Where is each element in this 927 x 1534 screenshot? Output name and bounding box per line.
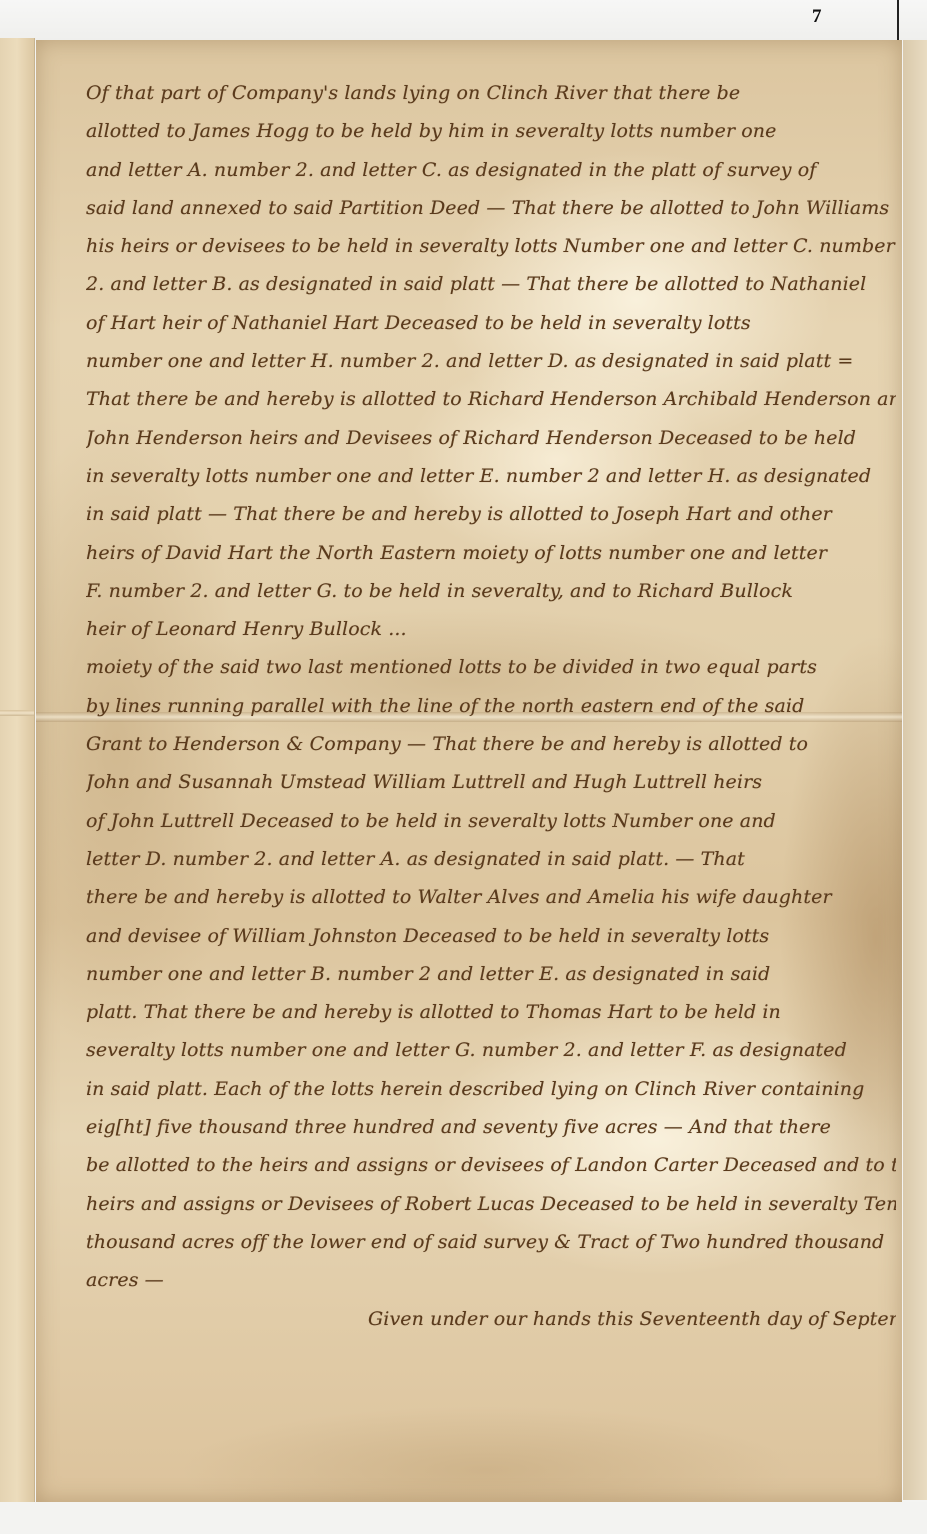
page-border-rule [897,0,899,42]
scan-top-margin [0,0,927,40]
manuscript-line: thousand acres off the lower end of said… [86,1223,896,1261]
manuscript-line: his heirs or devisees to be held in seve… [86,227,896,265]
manuscript-line: in said platt — That there be and hereby… [86,495,896,533]
manuscript-line: in said platt. Each of the lotts herein … [86,1070,896,1108]
manuscript-line: heirs of David Hart the North Eastern mo… [86,534,896,572]
adjacent-sheet-edge [903,40,927,1500]
manuscript-line: of Hart heir of Nathaniel Hart Deceased … [86,304,896,342]
manuscript-line: heirs and assigns or Devisees of Robert … [86,1185,896,1223]
manuscript-line: John Henderson heirs and Devisees of Ric… [86,419,896,457]
manuscript-line: platt. That there be and hereby is allot… [86,993,896,1031]
manuscript-line: said land annexed to said Partition Deed… [86,189,896,227]
manuscript-sheet: Of that part of Company's lands lying on… [36,40,902,1502]
manuscript-line: allotted to James Hogg to be held by him… [86,112,896,150]
scan-bottom-margin [0,1502,927,1534]
manuscript-line: be allotted to the heirs and assigns or … [86,1146,896,1184]
manuscript-line: and letter A. number 2. and letter C. as… [86,151,896,189]
adjacent-folded-sheet [0,38,35,1504]
manuscript-line: 2. and letter B. as designated in said p… [86,265,896,303]
manuscript-line: eig[ht] five thousand three hundred and … [86,1108,896,1146]
manuscript-line: moiety of the said two last mentioned lo… [86,648,896,686]
manuscript-line: F. number 2. and letter G. to be held in… [86,572,896,610]
manuscript-line: Grant to Henderson & Company — That ther… [86,725,896,763]
page-number: 7 [812,6,822,28]
manuscript-line: severalty lotts number one and letter G.… [86,1031,896,1069]
manuscript-line: acres — [86,1261,896,1299]
manuscript-line: Of that part of Company's lands lying on… [86,74,896,112]
manuscript-line: by lines running parallel with the line … [86,687,896,725]
manuscript-line: in severalty lotts number one and letter… [86,457,896,495]
manuscript-line: and devisee of William Johnston Deceased… [86,917,896,955]
manuscript-line: number one and letter H. number 2. and l… [86,342,896,380]
manuscript-line: of John Luttrell Deceased to be held in … [86,802,896,840]
manuscript-line: John and Susannah Umstead William Luttre… [86,763,896,801]
fold-crease [0,710,34,716]
closing-line: Given under our hands this Seventeenth d… [86,1300,896,1338]
manuscript-line: heir of Leonard Henry Bullock ... [86,610,896,648]
manuscript-line: there be and hereby is allotted to Walte… [86,878,896,916]
manuscript-line: number one and letter B. number 2 and le… [86,955,896,993]
manuscript-line: letter D. number 2. and letter A. as des… [86,840,896,878]
manuscript-line: That there be and hereby is allotted to … [86,380,896,418]
handwritten-text-block: Of that part of Company's lands lying on… [86,74,896,1338]
